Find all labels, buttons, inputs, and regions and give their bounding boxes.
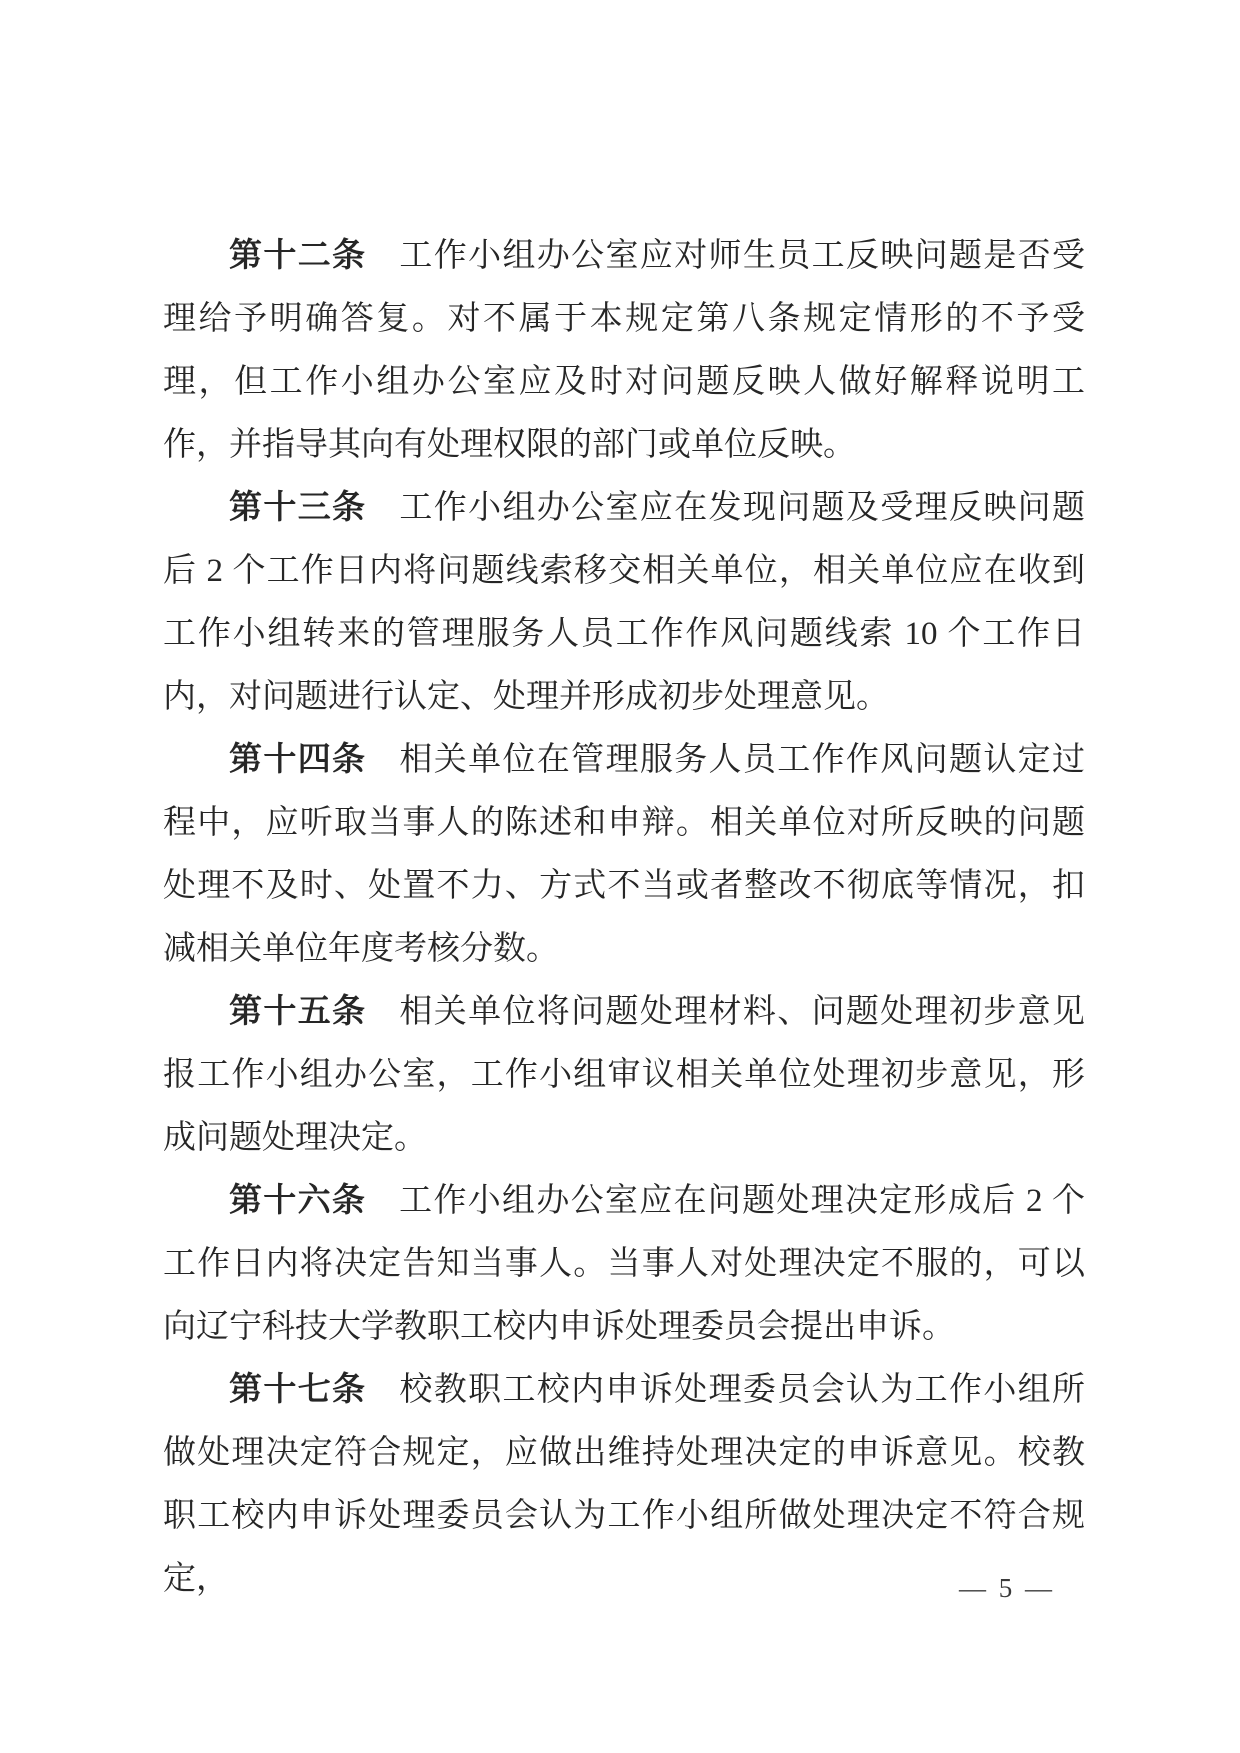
document-text-block: 第十二条工作小组办公室应对师生员工反映问题是否受理给予明确答复。对不属于本规定第… <box>163 225 1085 1611</box>
article-12-number: 第十二条 <box>229 238 366 274</box>
article-14-number: 第十四条 <box>229 742 366 778</box>
article-16: 第十六条工作小组办公室应在问题处理决定形成后 2 个工作日内将决定告知当事人。当… <box>163 1170 1085 1359</box>
article-16-number: 第十六条 <box>229 1183 366 1219</box>
page-number: — 5 — <box>907 1572 1107 1604</box>
article-15: 第十五条相关单位将问题处理材料、问题处理初步意见报工作小组办公室，工作小组审议相… <box>163 981 1085 1170</box>
article-13: 第十三条工作小组办公室应在发现问题及受理反映问题后 2 个工作日内将问题线索移交… <box>163 477 1085 729</box>
article-15-number: 第十五条 <box>229 994 366 1030</box>
document-page: 第十二条工作小组办公室应对师生员工反映问题是否受理给予明确答复。对不属于本规定第… <box>0 0 1240 1753</box>
article-13-number: 第十三条 <box>229 490 366 526</box>
article-14: 第十四条相关单位在管理服务人员工作作风问题认定过程中，应听取当事人的陈述和申辩。… <box>163 729 1085 981</box>
article-12: 第十二条工作小组办公室应对师生员工反映问题是否受理给予明确答复。对不属于本规定第… <box>163 225 1085 477</box>
article-17-number: 第十七条 <box>229 1372 366 1408</box>
